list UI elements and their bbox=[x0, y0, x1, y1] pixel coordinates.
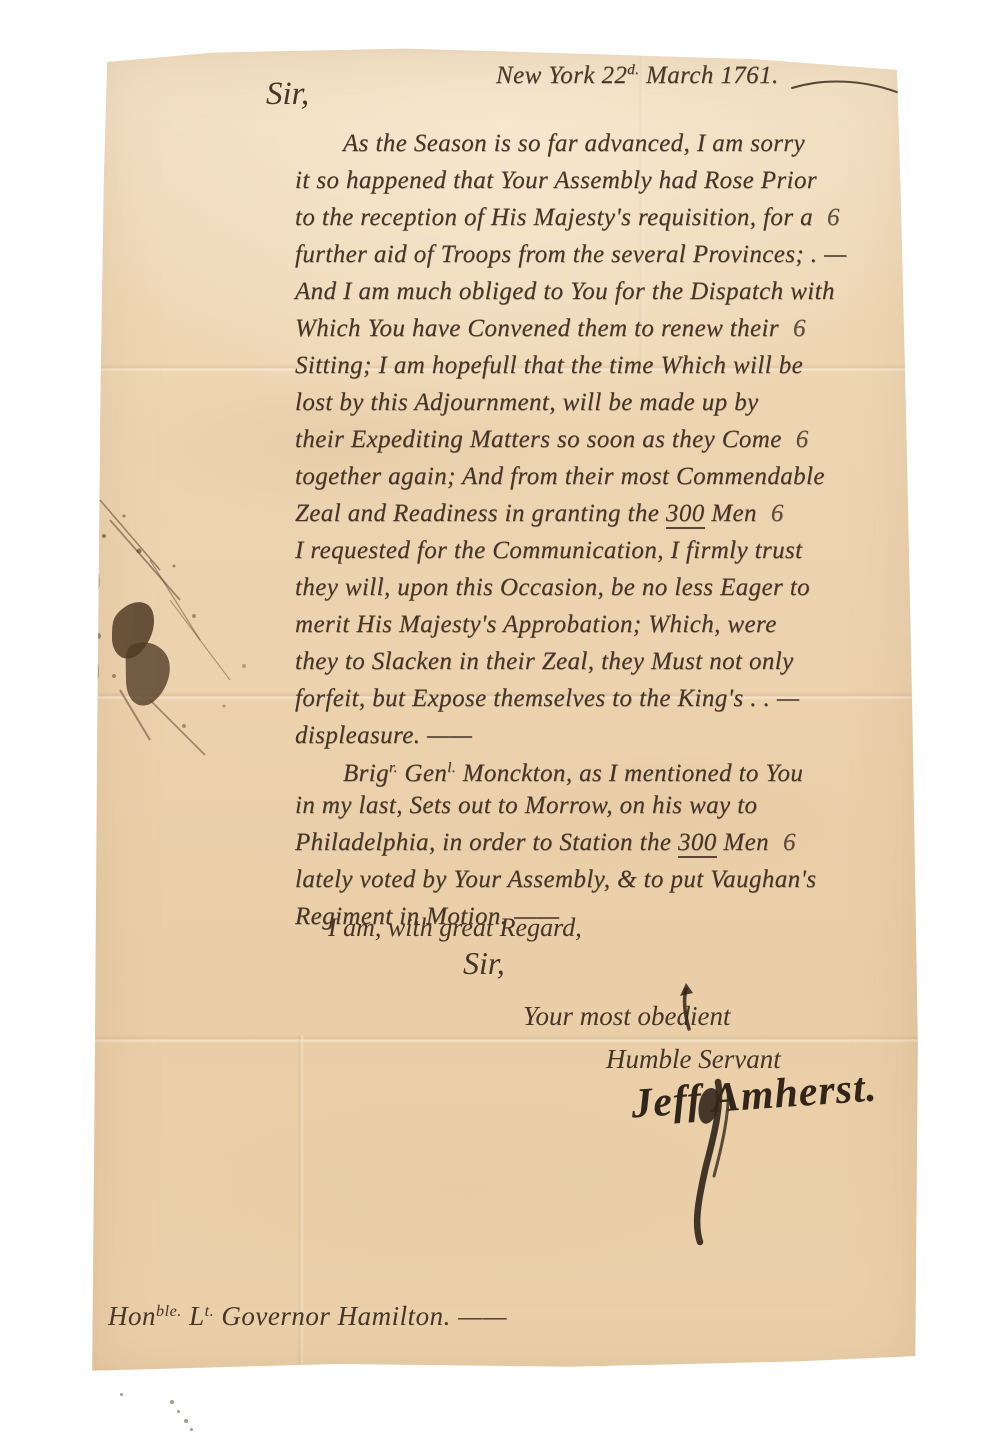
body-paragraph-2: Brigr. Genl. Monckton, as I mentioned to… bbox=[295, 750, 920, 935]
line-text: forfeit, but Expose themselves to the Ki… bbox=[295, 685, 799, 712]
line-text: in my last, Sets out to Morrow, on his w… bbox=[295, 792, 757, 819]
line-text: Hon bbox=[108, 1301, 156, 1331]
letter-line: displeasure. —— bbox=[295, 717, 920, 754]
date-flourish-icon bbox=[790, 76, 920, 121]
line-text: r. bbox=[389, 760, 398, 776]
letter-line: New York 22d. March 1761. bbox=[496, 62, 779, 89]
line-text: L bbox=[182, 1301, 205, 1331]
line-text: Sitting; I am hopefull that the time Whi… bbox=[295, 352, 803, 379]
line-text: Zeal and Readiness in granting the bbox=[295, 500, 666, 527]
line-text: their Expediting Matters so soon as they… bbox=[295, 426, 782, 453]
line-text: Monckton, as I mentioned to You bbox=[456, 760, 803, 787]
address-line: Honble. Lt. Governor Hamilton. —— bbox=[108, 1301, 507, 1332]
fold-crease-horizontal-3 bbox=[88, 1035, 922, 1043]
line-text: merit His Majesty's Approbation; Which, … bbox=[295, 611, 777, 638]
letter-line: I requested for the Communication, I fir… bbox=[295, 532, 920, 569]
letter-line: Sitting; I am hopefull that the time Whi… bbox=[295, 347, 920, 384]
underlined-number: 300 bbox=[666, 500, 705, 529]
letter-line: to the reception of His Majesty's requis… bbox=[295, 199, 920, 236]
line-text: March 1761. bbox=[639, 62, 778, 89]
line-text: they to Slacken in their Zeal, they Must… bbox=[295, 648, 794, 675]
letter-line: their Expediting Matters so soon as they… bbox=[295, 421, 920, 458]
letter-line: they to Slacken in their Zeal, they Must… bbox=[295, 643, 920, 680]
letter-line: Philadelphia, in order to Station the 30… bbox=[295, 824, 920, 861]
letter-paper: New York 22d. March 1761. Sir, As the Se… bbox=[88, 46, 922, 1376]
line-text: As the Season is so far advanced, I am s… bbox=[343, 130, 805, 157]
letter-line: Zeal and Readiness in granting the 300 M… bbox=[295, 495, 920, 532]
line-text: Gen bbox=[398, 760, 448, 787]
letter-line: Brigr. Genl. Monckton, as I mentioned to… bbox=[295, 750, 920, 787]
dust-speck bbox=[170, 1400, 174, 1404]
letter-line: in my last, Sets out to Morrow, on his w… bbox=[295, 787, 920, 824]
line-text: I requested for the Communication, I fir… bbox=[295, 537, 803, 564]
line-text: New York 22 bbox=[496, 62, 627, 89]
line-text: Brig bbox=[343, 760, 389, 787]
ink-stain bbox=[84, 496, 294, 766]
line-text: together again; And from their most Comm… bbox=[295, 463, 825, 490]
line-text: l. bbox=[447, 760, 456, 776]
pen-cross-stroke bbox=[673, 981, 699, 1033]
letter-photo: New York 22d. March 1761. Sir, As the Se… bbox=[0, 0, 1000, 1437]
line-text: d. bbox=[627, 62, 639, 78]
dust-speck bbox=[177, 1410, 180, 1413]
line-text: Men bbox=[717, 829, 769, 856]
line-text: further aid of Troops from the several P… bbox=[295, 241, 847, 268]
line-text: t. bbox=[205, 1302, 215, 1320]
letter-line: together again; And from their most Comm… bbox=[295, 458, 920, 495]
dust-speck bbox=[184, 1419, 188, 1423]
line-tail-flourish: 6 bbox=[771, 500, 784, 527]
line-text: And I am much obliged to You for the Dis… bbox=[295, 278, 835, 305]
line-text: Which You have Convened them to renew th… bbox=[295, 315, 779, 342]
signature-flourish-stroke bbox=[648, 1056, 828, 1301]
line-text: Philadelphia, in order to Station the bbox=[295, 829, 678, 856]
letter-line: As the Season is so far advanced, I am s… bbox=[295, 125, 920, 162]
body-paragraph-1: As the Season is so far advanced, I am s… bbox=[295, 125, 920, 754]
letter-line: further aid of Troops from the several P… bbox=[295, 236, 920, 273]
line-tail-flourish: 6 bbox=[796, 426, 809, 453]
dateline: New York 22d. March 1761. bbox=[496, 62, 779, 90]
letter-line: Which You have Convened them to renew th… bbox=[295, 310, 920, 347]
line-text: to the reception of His Majesty's requis… bbox=[295, 204, 813, 231]
line-text: lately voted by Your Assembly, & to put … bbox=[295, 866, 816, 893]
line-text: ble. bbox=[156, 1302, 182, 1320]
closing-obedient: Your most obedient bbox=[523, 1001, 731, 1032]
line-text: they will, upon this Occasion, be no les… bbox=[295, 574, 810, 601]
dust-speck bbox=[190, 1428, 193, 1431]
line-tail-flourish: 6 bbox=[827, 204, 840, 231]
line-tail-flourish: 6 bbox=[793, 315, 806, 342]
letter-line: it so happened that Your Assembly had Ro… bbox=[295, 162, 920, 199]
line-tail-flourish: 6 bbox=[783, 829, 796, 856]
closing-sir: Sir, bbox=[463, 945, 505, 982]
underlined-number: 300 bbox=[678, 829, 717, 858]
dust-speck bbox=[120, 1393, 123, 1396]
line-text: Governor Hamilton. —— bbox=[214, 1301, 507, 1331]
letter-line: lost by this Adjournment, will be made u… bbox=[295, 384, 920, 421]
letter-line: merit His Majesty's Approbation; Which, … bbox=[295, 606, 920, 643]
line-text: displeasure. —— bbox=[295, 722, 472, 749]
letter-line: forfeit, but Expose themselves to the Ki… bbox=[295, 680, 920, 717]
letter-line: they will, upon this Occasion, be no les… bbox=[295, 569, 920, 606]
line-text: lost by this Adjournment, will be made u… bbox=[295, 389, 759, 416]
letter-line: lately voted by Your Assembly, & to put … bbox=[295, 861, 920, 898]
line-text: Men bbox=[705, 500, 757, 527]
closing-regard: I am, with great Regard, bbox=[328, 913, 582, 943]
letter-line: And I am much obliged to You for the Dis… bbox=[295, 273, 920, 310]
letter-line: Honble. Lt. Governor Hamilton. —— bbox=[108, 1301, 507, 1332]
line-text: it so happened that Your Assembly had Ro… bbox=[295, 167, 817, 194]
salutation: Sir, bbox=[266, 76, 309, 113]
